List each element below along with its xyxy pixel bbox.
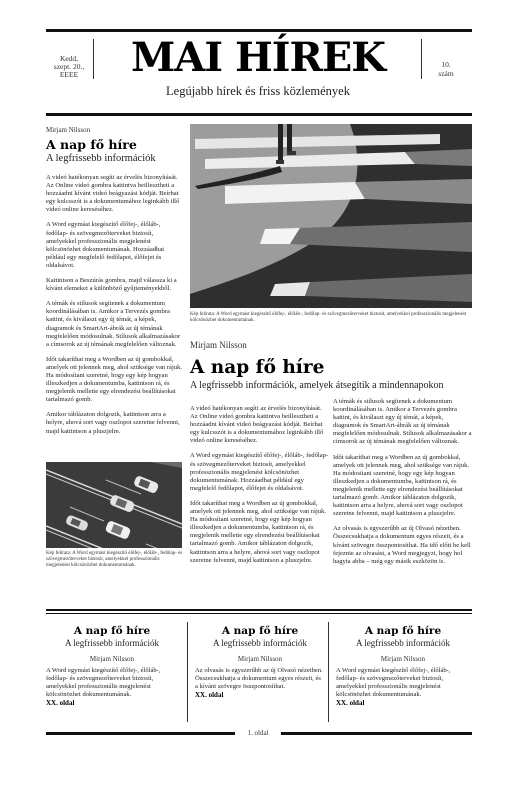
paragraph: Időt takaríthat meg a Wordben az új gomb…	[190, 500, 330, 565]
paragraph: A Word egymást kiegészítő élőfej-, élőlá…	[190, 452, 330, 492]
left-article-byline: Mirjam Nilsson	[46, 126, 184, 135]
masthead-top-rule	[46, 29, 472, 32]
page-number: 1. oldal	[235, 729, 281, 737]
left-article-subhead: A legfrissebb információk	[46, 152, 184, 165]
teaser-2[interactable]: A nap fő híre A legfrissebb információk …	[195, 625, 325, 699]
paragraph: Kattintson a Beszúrás gombra, majd válas…	[46, 277, 184, 293]
masthead-subtitle: Legújabb hírek és friss közlemények	[96, 84, 420, 99]
teaser-subhead: A legfrissebb információk	[46, 638, 178, 649]
highway-photo-caption: Kép felirata: A Word egymást kiegészítő …	[46, 551, 184, 569]
main-article-byline: Mirjam Nilsson	[190, 340, 247, 350]
teaser-divider-2	[328, 622, 329, 722]
paragraph: Időt takaríthat meg a Wordben az új gomb…	[333, 454, 473, 519]
main-article-subhead: A legfrissebb információk, amelyek átseg…	[190, 380, 444, 391]
crosswalk-photo-caption: Kép felirata: A Word egymást kiegészítő …	[190, 312, 472, 324]
masthead-issue: 10. szám	[424, 60, 468, 78]
paragraph: A témák és stílusok segítenek a dokument…	[333, 398, 473, 447]
teaser-subhead: A legfrissebb információk	[336, 638, 470, 649]
teaser-divider-1	[187, 622, 188, 722]
teasers-top-rule-thin	[46, 613, 472, 614]
teaser-page-ref: XX. oldal	[195, 691, 325, 699]
left-article: Mirjam Nilsson A nap fő híre A legfrisse…	[46, 126, 184, 443]
teaser-body: A Word egymást kiegészítő élőfej-, élőlá…	[46, 667, 178, 699]
masthead-date: Kedd, szept. 20., EEEE	[48, 55, 90, 79]
paragraph: A témák és stílusok segítenek a dokument…	[46, 300, 184, 349]
main-article-column-2: A témák és stílusok segítenek a dokument…	[333, 398, 473, 573]
date-year: EEEE	[48, 71, 90, 79]
teaser-byline: Mirjam Nilsson	[195, 655, 325, 663]
masthead-divider-left	[93, 39, 94, 79]
teaser-subhead: A legfrissebb információk	[195, 638, 325, 649]
paragraph: A videó hatékonyan segíti az érvelés biz…	[46, 174, 184, 214]
teaser-body: Az olvasás is egyszerűbb az új Olvasó né…	[195, 667, 325, 691]
teaser-3[interactable]: A nap fő híre A legfrissebb információk …	[336, 625, 470, 707]
paragraph: A Word egymást kiegészítő élőfej-, élőlá…	[46, 221, 184, 270]
teasers-top-rule-thick	[46, 609, 472, 611]
teaser-headline: A nap fő híre	[46, 625, 178, 638]
highway-cars-photo	[46, 462, 182, 548]
masthead-bottom-rule	[46, 113, 472, 116]
main-article-headline: A nap fő híre	[190, 357, 324, 379]
masthead-divider-right	[421, 39, 422, 79]
teaser-page-ref: XX. oldal	[46, 699, 178, 707]
teaser-headline: A nap fő híre	[336, 625, 470, 638]
paragraph: Az olvasás is egyszerűbb az új Olvasó né…	[333, 525, 473, 565]
teaser-byline: Mirjam Nilsson	[46, 655, 178, 663]
main-article-column-1: A videó hatékonyan segíti az érvelés biz…	[190, 405, 330, 572]
crosswalk-photo	[190, 124, 472, 308]
highway-image-graphic	[46, 462, 182, 548]
crosswalk-image-graphic	[190, 124, 472, 308]
issue-label: szám	[424, 69, 468, 78]
paragraph: Időt takaríthat meg a Wordben az új gomb…	[46, 356, 184, 405]
paragraph: A videó hatékonyan segíti az érvelés biz…	[190, 405, 330, 445]
teaser-1[interactable]: A nap fő híre A legfrissebb információk …	[46, 625, 178, 707]
left-article-body: A videó hatékonyan segíti az érvelés biz…	[46, 174, 184, 436]
masthead-title: MAI HÍREK	[96, 36, 420, 80]
issue-number: 10.	[424, 60, 468, 69]
left-article-headline: A nap fő híre	[46, 137, 184, 152]
teaser-headline: A nap fő híre	[195, 625, 325, 638]
teaser-body: A Word egymást kiegészítő élőfej-, élőlá…	[336, 667, 470, 699]
teaser-byline: Mirjam Nilsson	[336, 655, 470, 663]
paragraph: Amikor táblázaton dolgozik, kattintson a…	[46, 411, 184, 435]
teaser-page-ref: XX. oldal	[336, 699, 470, 707]
